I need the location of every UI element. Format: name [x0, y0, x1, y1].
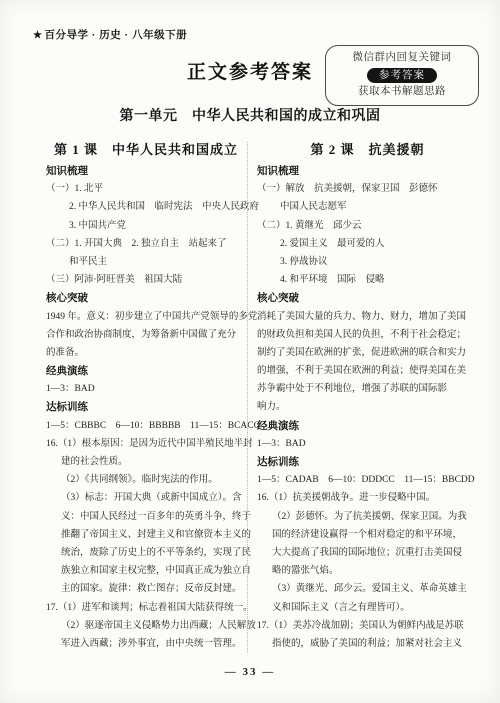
answer-line: 推翻了帝国主义、封建主义和官僚资本主义的 [46, 526, 246, 544]
answer-line: 16.（1）抗美援朝战争。进一步侵略中国。 [257, 489, 478, 507]
answer-columns: 第 1 课 中华人民共和国成立 知识梳理（一）1. 北平2. 中华人民共和国 临… [0, 140, 500, 657]
lesson-1-answers: 知识梳理（一）1. 北平2. 中华人民共和国 临时宪法 中央人民政府3. 中国共… [46, 162, 246, 653]
answer-line: 1—3：BAD [257, 435, 478, 453]
answer-line: 族独立和国家主权完整，中国真正成为独立自 [46, 562, 246, 580]
lesson-2-answers: 知识梳理（一）解放 抗美援朝，保家卫国 彭德怀中国人民志愿军（二）1. 黄继光 … [257, 162, 478, 653]
section-heading: 知识梳理 [46, 162, 246, 180]
section-heading: 达标训练 [46, 398, 246, 416]
answer-line: 16.（1）根本原因：是因为近代中国半殖民地半封 [46, 435, 246, 453]
unit-title: 第一单元 中华人民共和国的成立和巩固 [0, 105, 500, 125]
booklet-title: 百分导学 · 历史 · 八年级下册 [44, 29, 187, 41]
answer-line: 3. 停战协议 [257, 253, 478, 271]
answer-line: （二）1. 开国大典 2. 独立自主 站起来了 [46, 235, 246, 253]
answer-line: 2. 爱国主义 最可爱的人 [257, 235, 478, 253]
answer-line: （2）《共同纲领》。临时宪法的作用。 [46, 471, 246, 489]
answer-line: （三）阿沛·阿旺晋美 祖国大陆 [46, 271, 246, 289]
answer-line: 合作和政治协商制度，为筹备新中国做了充分 [46, 326, 246, 344]
answer-line: 2. 中华人民共和国 临时宪法 中央人民政府 [46, 198, 246, 216]
answer-line: 统治，废除了历史上的不平等条约，实现了民 [46, 544, 246, 562]
page-number: — 33 — [0, 666, 500, 678]
answer-line: 17.（1）美苏冷战加剧；美国认为朝鲜内战是苏联 [257, 617, 478, 635]
answer-line: （2）彭德怀。为了抗美援朝、保家卫国。为我 [257, 508, 478, 526]
answer-line: 1—5：CBBBC 6—10：BBBBB 11—15：BCACC [46, 417, 246, 435]
column-lesson-2: 第 2 课 抗美援朝 知识梳理（一）解放 抗美援朝，保家卫国 彭德怀中国人民志愿… [257, 140, 478, 657]
answer-line: 建的社会性质。 [46, 453, 246, 471]
page-title: 正文参考答案 [0, 57, 500, 84]
answer-line: 制约了美国在欧洲的扩张，促进欧洲的联合和实力 [257, 344, 478, 362]
answer-page: ★百分导学 · 历史 · 八年级下册 微信群内回复关键词 参考答案 获取本书解题… [0, 0, 500, 703]
section-heading: 核心突破 [46, 289, 246, 307]
badge-description-text: 获取本书解题思路 [326, 85, 478, 99]
answer-line: 略的嚣张气焰。 [257, 562, 478, 580]
lesson-1-title: 第 1 课 中华人民共和国成立 [46, 140, 246, 162]
answer-line: 军进入西藏；涉外事宜，由中央统一管理。 [46, 635, 246, 653]
column-lesson-1: 第 1 课 中华人民共和国成立 知识梳理（一）1. 北平2. 中华人民共和国 临… [46, 140, 246, 657]
booklet-header: ★百分导学 · 历史 · 八年级下册 [33, 27, 187, 42]
section-heading: 达标训练 [257, 453, 478, 471]
answer-line: 国的经济建设赢得一个相对稳定的和平环境， [257, 526, 478, 544]
section-heading: 核心突破 [257, 289, 478, 307]
column-divider [247, 142, 248, 653]
answer-line: 1—5：CADAB 6—10：DDDCC 11—15：BBCDD [257, 471, 478, 489]
answer-line: 1—3：BAD [46, 380, 246, 398]
answer-line: 主的国家。旋律：救亡图存；反帝反封建。 [46, 580, 246, 598]
section-heading: 经典演练 [46, 362, 246, 380]
answer-line: 大大提高了我国的国际地位；沉重打击美国侵 [257, 544, 478, 562]
answer-line: 义：中国人民经过一百多年的英勇斗争，终于 [46, 508, 246, 526]
answer-line: 的准备。 [46, 344, 246, 362]
answer-line: 响力。 [257, 398, 478, 416]
answer-line: 苏争霸中处于不利地位，增强了苏联的国际影 [257, 380, 478, 398]
answer-line: 和平民主 [46, 253, 246, 271]
answer-line: 17.（1）进军和谈判；标志着祖国大陆获得统一。 [46, 599, 246, 617]
answer-line: （一）解放 抗美援朝，保家卫国 彭德怀 [257, 180, 478, 198]
answer-line: 义和国际主义（言之有理皆可）。 [257, 599, 478, 617]
answer-line: （2）驱逐帝国主义侵略势力出西藏；人民解放 [46, 617, 246, 635]
answer-line: 1949 年。意义：初步建立了中国共产党领导的多党 [46, 308, 246, 326]
answer-line: （二）1. 黄继光 邱少云 [257, 217, 478, 235]
answer-line: 3. 中国共产党 [46, 217, 246, 235]
answer-line: 消耗了美国大量的兵力、物力、财力，增加了美国 [257, 308, 478, 326]
lesson-2-title: 第 2 课 抗美援朝 [257, 140, 478, 162]
star-icon: ★ [33, 30, 42, 41]
answer-line: 4. 和平环境 国际 侵略 [257, 271, 478, 289]
section-heading: 知识梳理 [257, 162, 478, 180]
answer-line: （一）1. 北平 [46, 180, 246, 198]
answer-line: （3）黄继光、邱少云。爱国主义、革命英雄主 [257, 580, 478, 598]
answer-line: （3）标志：开国大典（或新中国成立）。含 [46, 489, 246, 507]
answer-line: 指使的，威胁了美国的利益；加紧对社会主义 [257, 635, 478, 653]
answer-line: 的增强，不利于美国在欧洲的利益；使得美国在美 [257, 362, 478, 380]
section-heading: 经典演练 [257, 417, 478, 435]
answer-line: 中国人民志愿军 [257, 198, 478, 216]
answer-line: 的财政负担和美国人民的负担，不利于社会稳定； [257, 326, 478, 344]
